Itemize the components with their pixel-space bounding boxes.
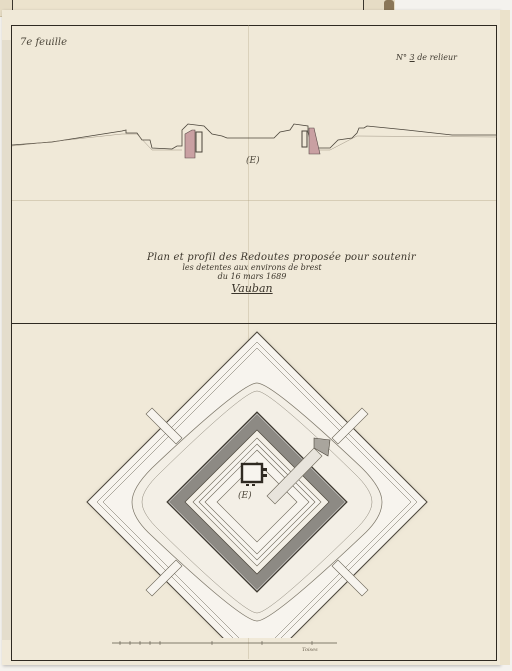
redoubt-plan-drawing: [82, 328, 432, 638]
sheet-label: 7e feuille: [20, 37, 67, 48]
plate-number-value: 3: [410, 53, 415, 62]
left-parapet-masonry: [185, 130, 202, 158]
plate-number-prefix: N°: [396, 53, 407, 62]
plan-label: (E): [238, 491, 252, 501]
right-parapet-masonry: [302, 128, 320, 154]
profile-label: (E): [246, 156, 260, 166]
title-line-1: Plan et profil des Redoutes proposée pou…: [147, 252, 357, 263]
fold-line-horizontal: [12, 200, 496, 201]
signature: Vauban: [147, 282, 357, 295]
title-cartouche: Plan et profil des Redoutes proposée pou…: [147, 252, 357, 295]
plate-number-suffix: de relieur: [417, 53, 457, 62]
section-divider: [11, 323, 497, 324]
plate-number: N° 3 de relieur: [396, 53, 457, 62]
scale-label: Toises: [302, 647, 318, 653]
manuscript-sheet: 7e feuille N° 3 de relieur (E) Plan et p…: [2, 10, 500, 665]
title-date: du 16 mars 1689: [147, 272, 357, 281]
title-line-2: les detentes aux environs de brest: [147, 263, 357, 272]
